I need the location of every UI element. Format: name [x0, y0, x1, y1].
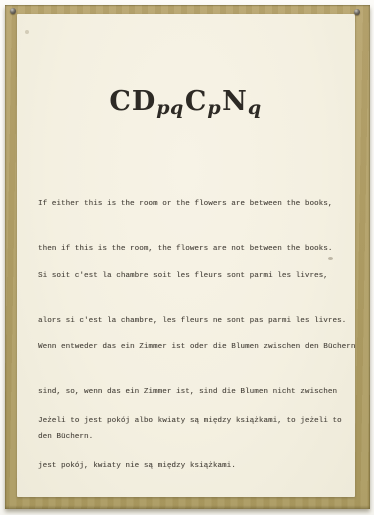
pin-top-left	[10, 8, 16, 14]
artwork-photo: CDpqCpNq If either this is the room or t…	[0, 0, 374, 515]
title-segment: CD	[109, 86, 156, 117]
text-line: Si soit c'est la chambre soit les fleurs…	[38, 269, 346, 284]
paper-speck	[25, 30, 29, 34]
text-line: Wenn entweder das ein Zimmer ist oder di…	[38, 340, 355, 355]
title-segment: N	[222, 86, 248, 117]
title-subscript: pq	[156, 97, 184, 119]
text-line: If either this is the room or the flower…	[38, 197, 332, 212]
pin-top-right	[354, 9, 360, 15]
paper-sheet: CDpqCpNq If either this is the room or t…	[17, 14, 355, 497]
paragraph-polish: Jeżeli to jest pokój albo kwiaty są międ…	[38, 384, 342, 504]
mounting-board: CDpqCpNq If either this is the room or t…	[5, 5, 370, 509]
title-subscript: q	[248, 97, 262, 119]
text-line: Jeżeli to jest pokój albo kwiaty są międ…	[38, 414, 342, 429]
title-subscript: p	[207, 97, 221, 119]
title-segment: C	[185, 86, 208, 117]
title-formula: CDpqCpNq	[17, 87, 355, 119]
text-line: jest pokój, kwiaty nie są między książka…	[38, 459, 342, 474]
